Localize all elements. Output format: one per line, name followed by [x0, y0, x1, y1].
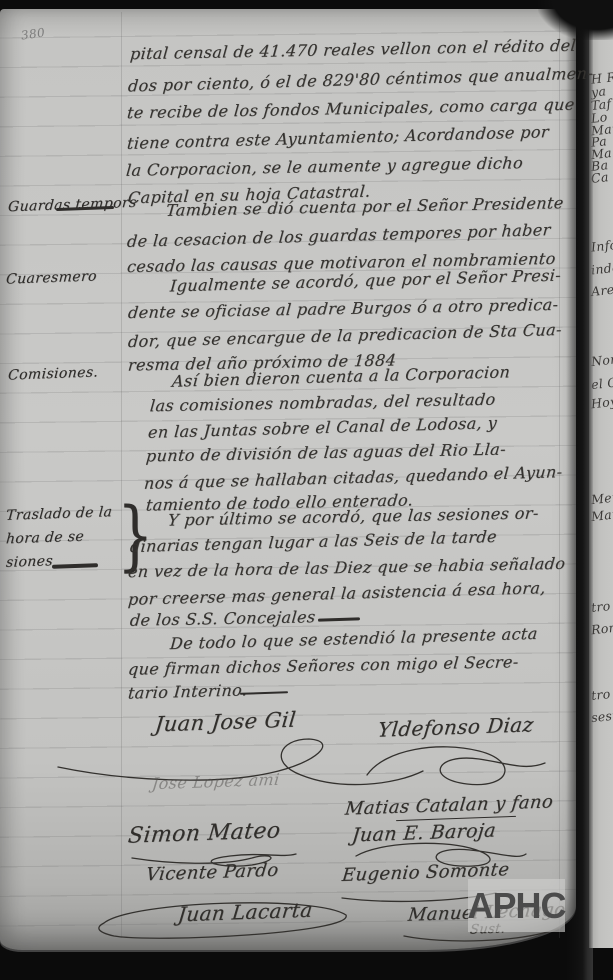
page-fragment: Infor [590, 236, 613, 254]
book-gutter [566, 0, 593, 980]
page-fragment: Roman [590, 618, 613, 638]
page-fragment: Hoy [590, 394, 613, 412]
page-fragment: Manu [590, 505, 613, 524]
margin-note: hora de se [5, 529, 84, 548]
watermark: APHC [468, 879, 565, 932]
page-fragment: inde [590, 260, 613, 278]
margin-note: Comisiones. [7, 364, 98, 383]
margin-rule [121, 12, 122, 938]
page-fragment: tro de [590, 596, 613, 615]
page-fragment: Nomb [590, 350, 613, 369]
page-fragment: Memo [590, 488, 613, 507]
signature: Juan Lacarta [177, 898, 314, 927]
margin-note: Cuaresmero [5, 268, 97, 287]
signature-flourish [55, 733, 560, 799]
manuscript-photo: 380 pital censal de 41.470 reales vellon… [0, 0, 613, 980]
page-fragment: el Cap [590, 373, 613, 392]
page-fragment: tro de [590, 684, 613, 703]
manuscript-line: tario Interino. [127, 680, 248, 702]
page-fragment: Arella [590, 280, 613, 299]
corner-shadow [538, 0, 613, 40]
margin-note: siones [5, 553, 53, 571]
signature: Juan Jose Gil [154, 707, 297, 736]
page-fragment: sesion [590, 706, 613, 725]
manuscript-line: de los S.S. Concejales [129, 607, 316, 630]
page-fragment: Ca [590, 169, 609, 186]
